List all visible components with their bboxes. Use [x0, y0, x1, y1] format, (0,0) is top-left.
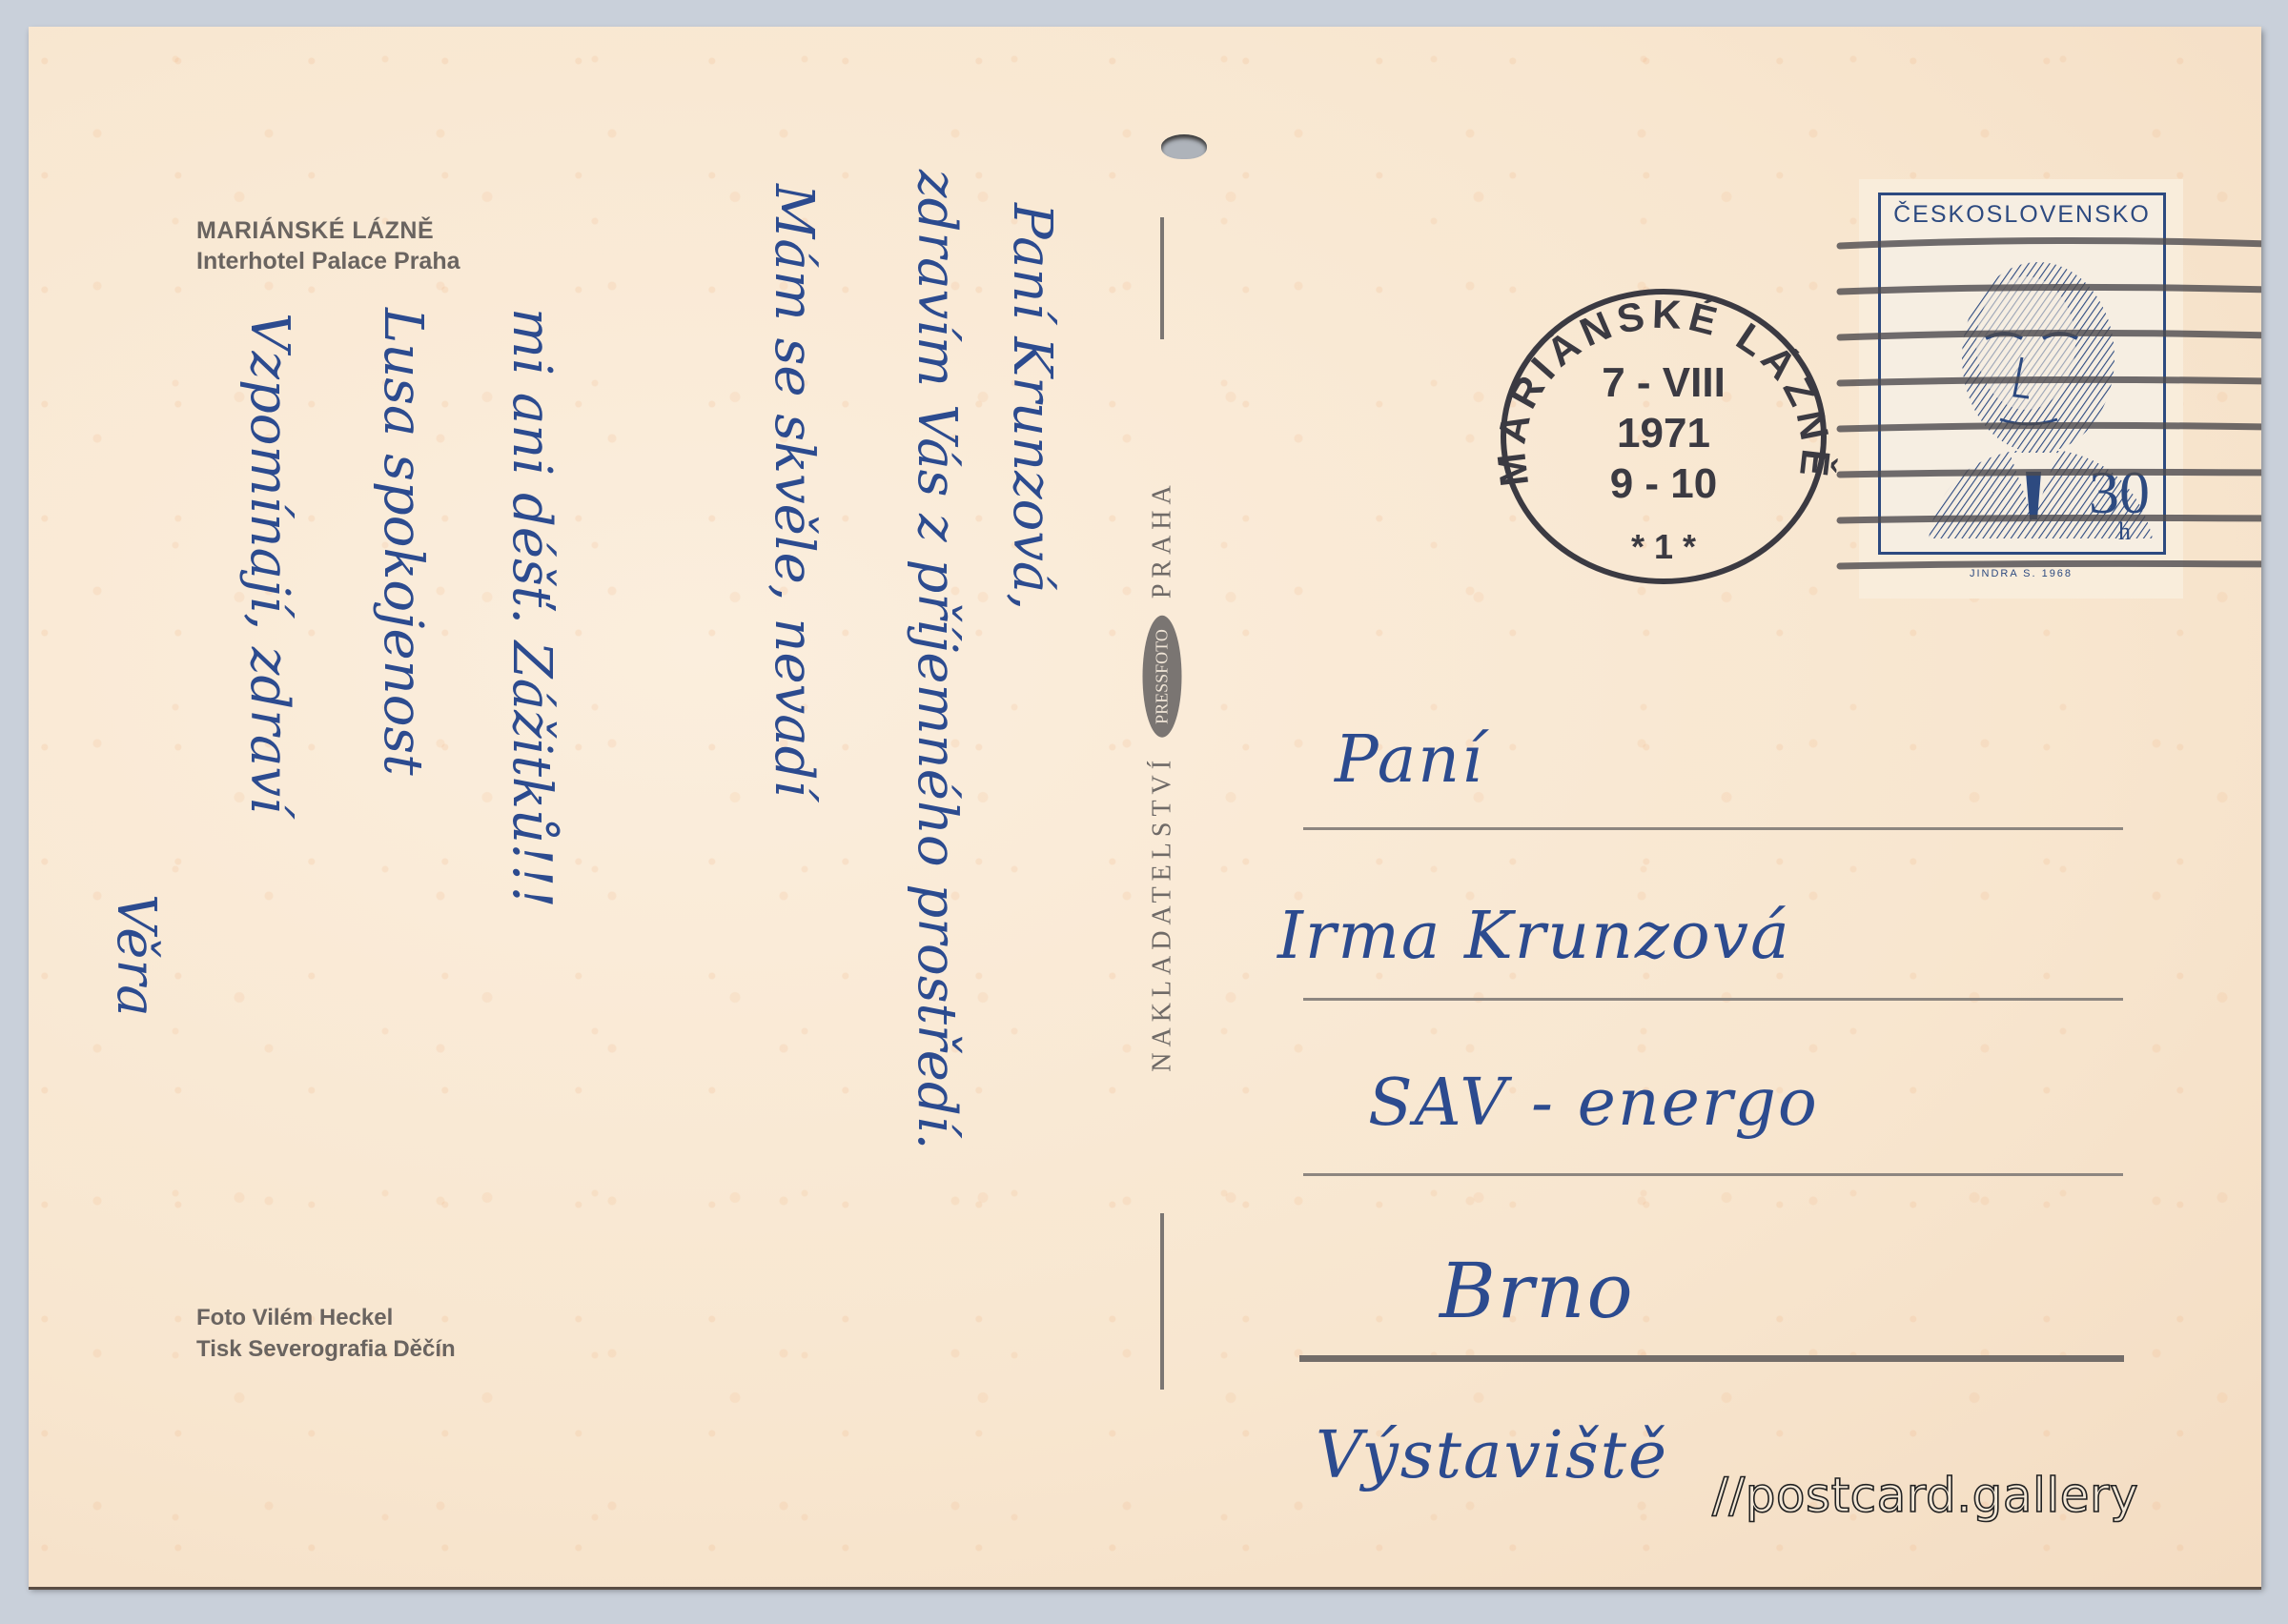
pressfoto-logo: PRESSFOTO: [1143, 616, 1182, 738]
message-line: Lusa spokojenost: [372, 308, 434, 776]
message-line: Mám se skvěle, nevadí: [763, 184, 825, 797]
postcard: MARIÁNSKÉ LÁZNĚ Interhotel Palace Praha …: [29, 27, 2261, 1587]
caption-title: MARIÁNSKÉ LÁZNĚ: [196, 217, 434, 245]
address-line: [1303, 1173, 2123, 1176]
message-line: Paní Krunzová,: [1001, 203, 1063, 610]
address-salutation: Paní: [1335, 722, 1484, 798]
publisher-city: PRAHA: [1147, 479, 1177, 599]
message-line: Vzpomínají, zdraví: [238, 313, 300, 814]
photo-credit: Foto Vilém Heckel: [196, 1305, 393, 1331]
watermark: //postcard.gallery: [1712, 1468, 2138, 1523]
divider-line-bottom: [1160, 1213, 1164, 1390]
address-line: [1303, 998, 2123, 1001]
address-line-city: [1299, 1355, 2124, 1362]
address-district: Výstaviště: [1316, 1418, 1668, 1493]
postmark-year: 1971: [1487, 408, 1840, 458]
message-signature: Věra: [105, 894, 167, 1017]
address-organization: SAV - energo: [1368, 1066, 1819, 1141]
message-line: zdravím Vás z příjemného prostředí.: [906, 170, 968, 1149]
publisher-imprint: NAKLADATELSTVÍ PRESSFOTO PRAHA: [1143, 479, 1182, 1072]
stamp-value: 30: [2089, 462, 2150, 523]
postmark-day-month: 7 - VIII: [1487, 357, 1840, 408]
postmark-date: 7 - VIII 1971 9 - 10: [1487, 357, 1840, 509]
divider-line-top: [1160, 217, 1164, 339]
address-city: Brno: [1440, 1247, 1635, 1335]
punch-hole: [1161, 134, 1207, 159]
postage-stamp: ČESKOSLOVENSKO 30 h JINDRA S. 1: [1859, 179, 2183, 599]
stamp-country: ČESKOSLOVENSKO: [1881, 201, 2163, 229]
postmark: MARIÁNSKÉ LÁZNĚ 1 7 - VIII 1971 9 - 10 *…: [1487, 279, 1840, 594]
print-credit: Tisk Severografia Děčín: [196, 1336, 456, 1363]
publisher-name: NAKLADATELSTVÍ: [1147, 755, 1177, 1072]
message-line: mi ani déšť. Zážitků!!!: [500, 308, 562, 908]
stamp-frame: ČESKOSLOVENSKO 30 h: [1878, 193, 2166, 555]
caption-subtitle: Interhotel Palace Praha: [196, 248, 460, 275]
stamp-unit: h: [2118, 518, 2131, 546]
address-name: Irma Krunzová: [1277, 899, 1791, 974]
stamp-engraver: JINDRA S. 1968: [1859, 568, 2183, 579]
address-line: [1303, 827, 2123, 830]
postmark-time: 9 - 10: [1487, 458, 1840, 509]
postmark-bottom: * 1 *: [1487, 527, 1840, 567]
